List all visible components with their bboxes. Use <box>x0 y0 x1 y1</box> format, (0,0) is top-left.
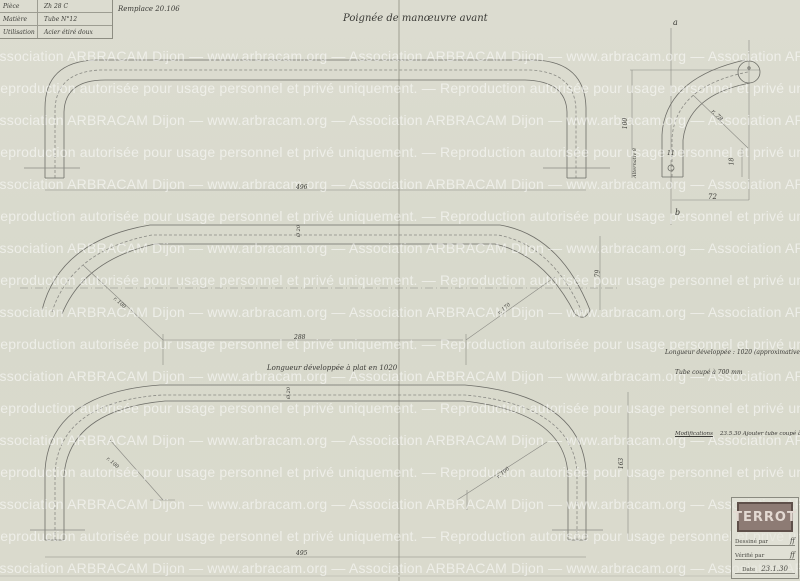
dim-middle-thickness: Ø 20 <box>296 225 302 237</box>
dim-top-length: 496 <box>296 184 307 191</box>
top-view-handle <box>24 60 610 190</box>
checked-by-field: Vérifié par ff <box>735 550 795 560</box>
dim-side-hole-height: 18 <box>728 158 735 166</box>
dim-side-note: Alternativ 8 <box>632 148 638 178</box>
note-modifications-text: 23.5.30 Ajouter tube coupé à 700 mm <box>720 431 800 437</box>
dim-bottom-thickness: Ø 20 <box>286 387 292 399</box>
note-developed-length: Longueur développée : 1020 (approximativ… <box>665 349 800 356</box>
dim-side-width: 72 <box>708 193 717 201</box>
drawn-by-value: ff <box>790 537 795 545</box>
dim-side-height: 100 <box>622 118 629 129</box>
section-label-b: b <box>675 208 680 217</box>
date-field: Date 23.1.30 <box>735 564 795 574</box>
dim-bottom-height: 163 <box>618 458 625 469</box>
bottom-view-developed <box>30 385 628 557</box>
dim-middle-length: 288 <box>294 334 305 341</box>
terrot-logo: TERROT <box>737 502 793 532</box>
note-modifications-label: Modifications <box>675 431 713 437</box>
note-tube-cut: Tube coupé à 700 mm <box>675 369 743 376</box>
checked-by-label: Vérifié par <box>735 553 764 559</box>
middle-view-arc <box>20 225 620 365</box>
date-label: Date <box>742 567 755 573</box>
dim-bottom-length: 495 <box>296 550 307 557</box>
dim-middle-height: 79 <box>594 270 601 278</box>
date-value: 23.1.30 <box>761 565 788 573</box>
side-view <box>630 28 760 225</box>
checked-by-value: ff <box>790 551 795 559</box>
drawn-by-label: Dessiné par <box>735 539 768 545</box>
section-label-a: a <box>673 18 678 27</box>
drawn-by-field: Dessiné par ff <box>735 536 795 546</box>
dim-side-hole-offset: 11 <box>667 150 675 157</box>
technical-drawing <box>0 0 800 581</box>
developed-length-caption: Longueur développée à plat en 1020 <box>267 364 397 372</box>
company-stamp: TERROT Dessiné par ff Vérifié par ff Dat… <box>731 497 799 579</box>
